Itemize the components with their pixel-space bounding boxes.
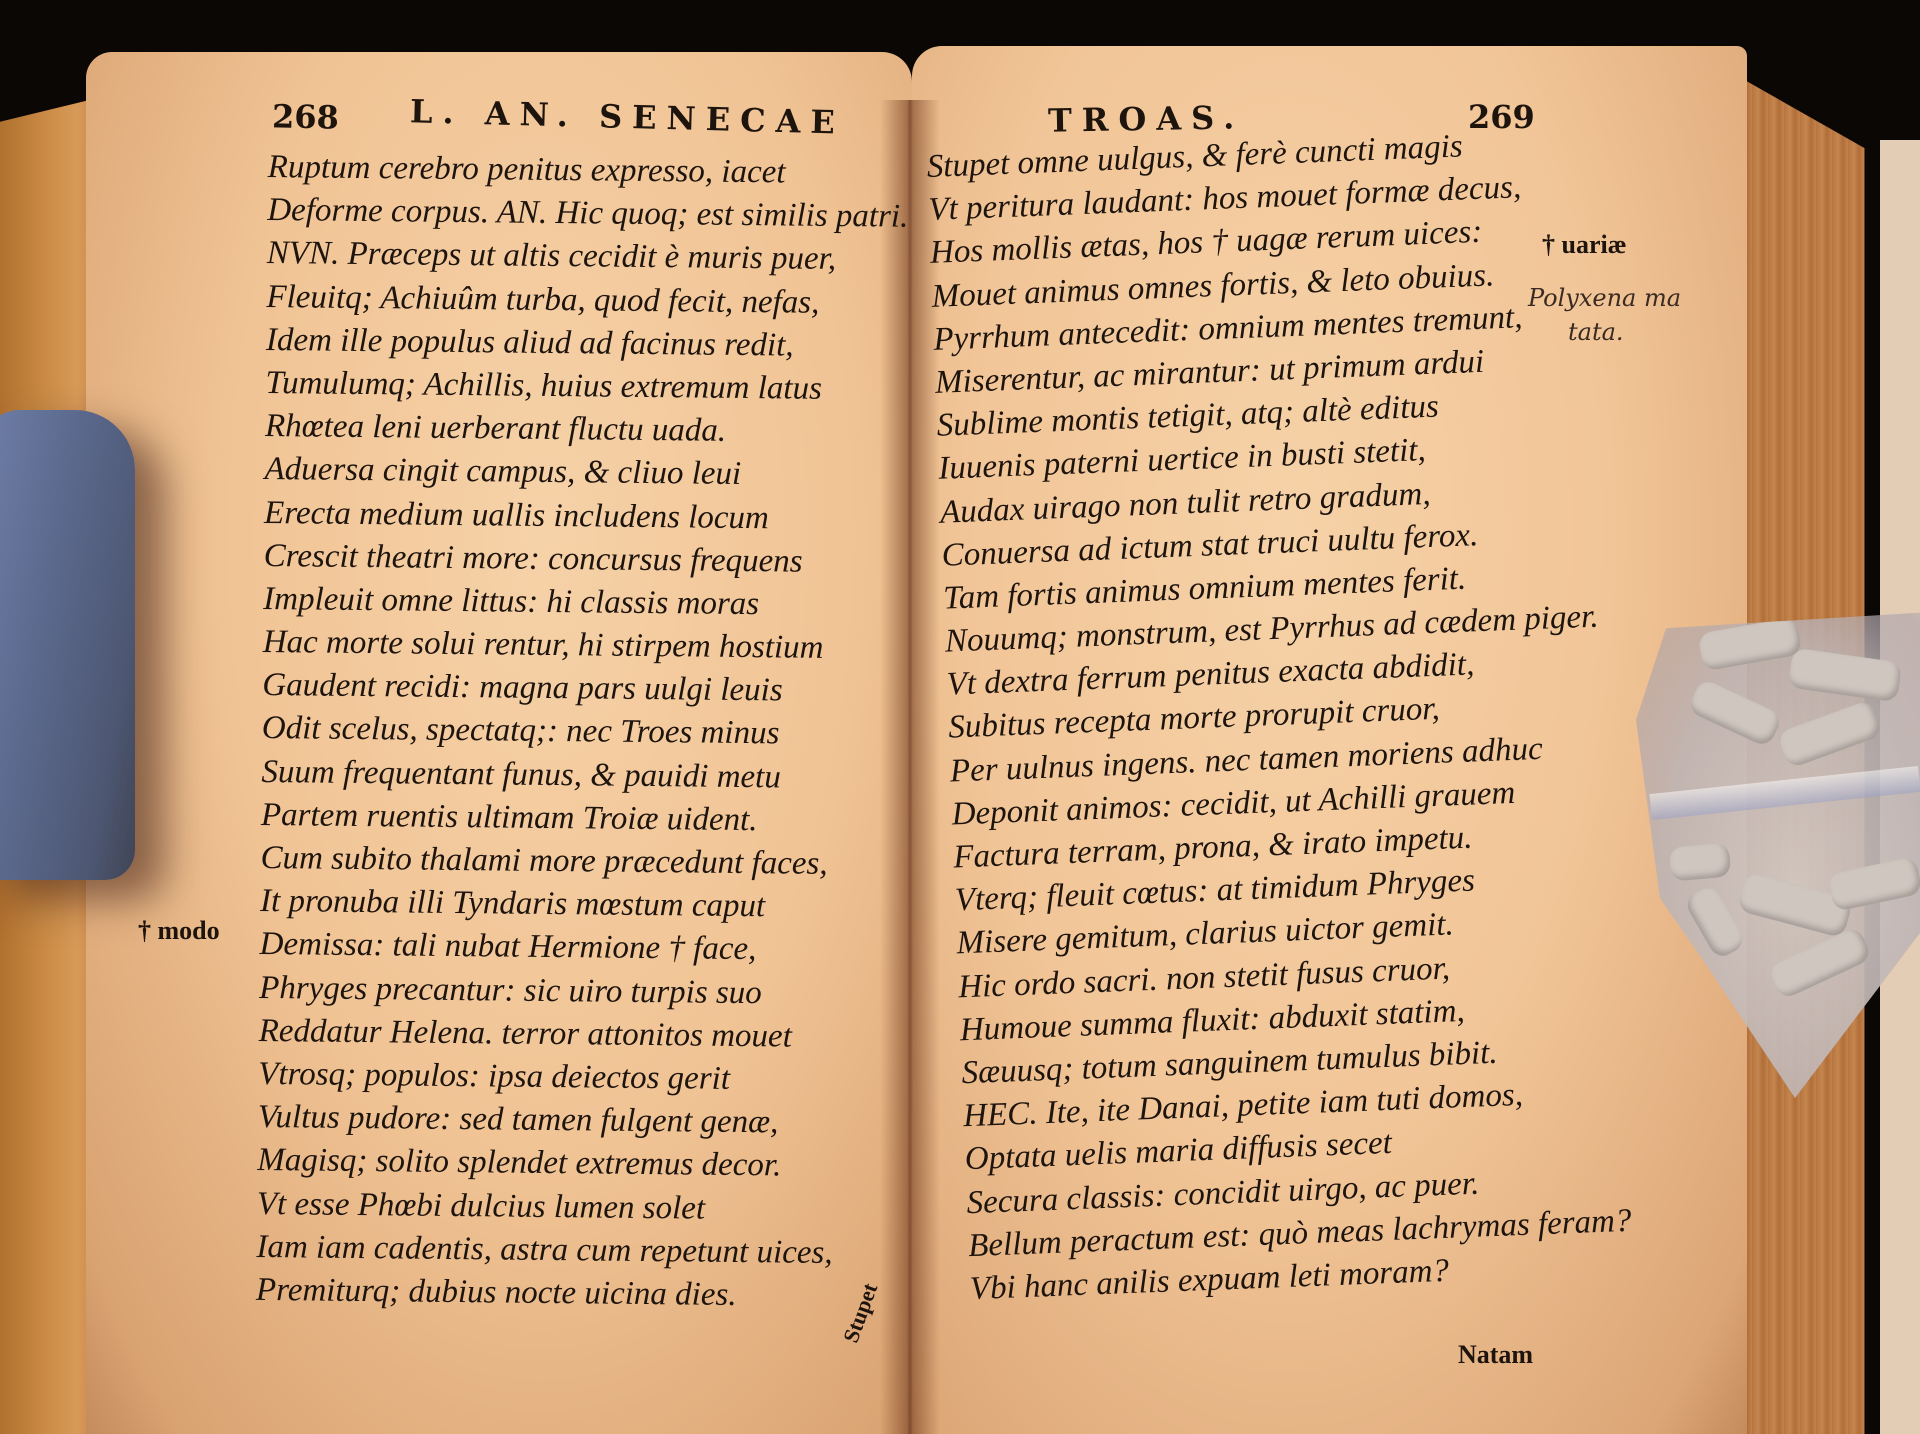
gloved-thumb <box>0 410 135 880</box>
text-line: Cum subito thalami more præcedunt faces, <box>260 837 901 887</box>
text-line: Ruptum cerebro penitus expresso, iacet <box>268 146 909 196</box>
right-catchword: Natam <box>1458 1340 1533 1370</box>
text-line: Phryges precantur: sic uiro turpis suo <box>259 967 900 1017</box>
text-line: Impleuit omne littus: hi classis moras <box>263 578 904 628</box>
bag-pellet <box>1687 678 1784 749</box>
text-line: Vultus pudore: sed tamen fulgent genæ, <box>258 1096 899 1146</box>
left-page-text: Ruptum cerebro penitus expresso, iacet D… <box>256 146 909 1319</box>
right-running-head: TROAS. <box>1048 98 1245 139</box>
text-line: Iam iam cadentis, astra cum repetunt uic… <box>256 1226 897 1276</box>
text-line: Vt esse Phœbi dulcius lumen solet <box>257 1182 898 1232</box>
text-line: Vtrosq; populos: ipsa deiectos gerit <box>258 1053 899 1103</box>
text-line: Fleuitq; Achiuûm turba, quod fecit, nefa… <box>266 276 907 326</box>
bag-pellet <box>1827 856 1920 912</box>
text-line: Premiturq; dubius nocte uicina dies. <box>256 1269 897 1319</box>
text-line: Magisq; solito splendet extremus decor. <box>257 1139 898 1189</box>
bag-pellet <box>1777 699 1884 769</box>
right-margin-note: † uariæ <box>1542 230 1627 260</box>
bag-pellet <box>1669 842 1732 881</box>
text-line: Erecta medium uallis includens locum <box>264 491 905 541</box>
text-line: Suum frequentant funus, & pauidi metu <box>261 751 902 801</box>
text-line: Rhœtea leni uerberant fluctu uada. <box>265 405 906 455</box>
text-line: Reddatur Helena. terror attonitos mouet <box>259 1010 900 1060</box>
text-line: Tumulumq; Achillis, huius extremum latus <box>265 362 906 412</box>
bag-pellet <box>1788 648 1902 703</box>
handwritten-annotation-line1: Polyxena ma <box>1528 284 1681 312</box>
text-line: Idem ille populus aliud ad facinus redit… <box>266 319 907 369</box>
text-line: Partem ruentis ultimam Troiæ uident. <box>261 794 902 844</box>
text-line: Aduersa cingit campus, & cliuo leui <box>264 448 905 498</box>
left-page-number: 268 <box>272 97 339 136</box>
text-line: Demissa: tali nubat Hermione † face, <box>259 923 900 973</box>
text-line: Odit scelus, spectatq;: nec Troes minus <box>262 707 903 757</box>
bag-pellet <box>1767 926 1873 1001</box>
text-line: Deforme corpus. AN. Hic quoq; est simili… <box>267 189 908 239</box>
text-line: NVN. Præceps ut altis cecidit è muris pu… <box>267 232 908 282</box>
text-line: Hac morte solui rentur, hi stirpem hosti… <box>263 621 904 671</box>
text-line: Crescit theatri more: concursus frequens <box>263 535 904 585</box>
text-line: It pronuba illi Tyndaris mœstum caput <box>260 880 901 930</box>
handwritten-annotation-line2: tata. <box>1568 318 1624 346</box>
left-margin-note: † modo <box>138 916 220 946</box>
text-line: Gaudent recidi: magna pars uulgi leuis <box>262 664 903 714</box>
